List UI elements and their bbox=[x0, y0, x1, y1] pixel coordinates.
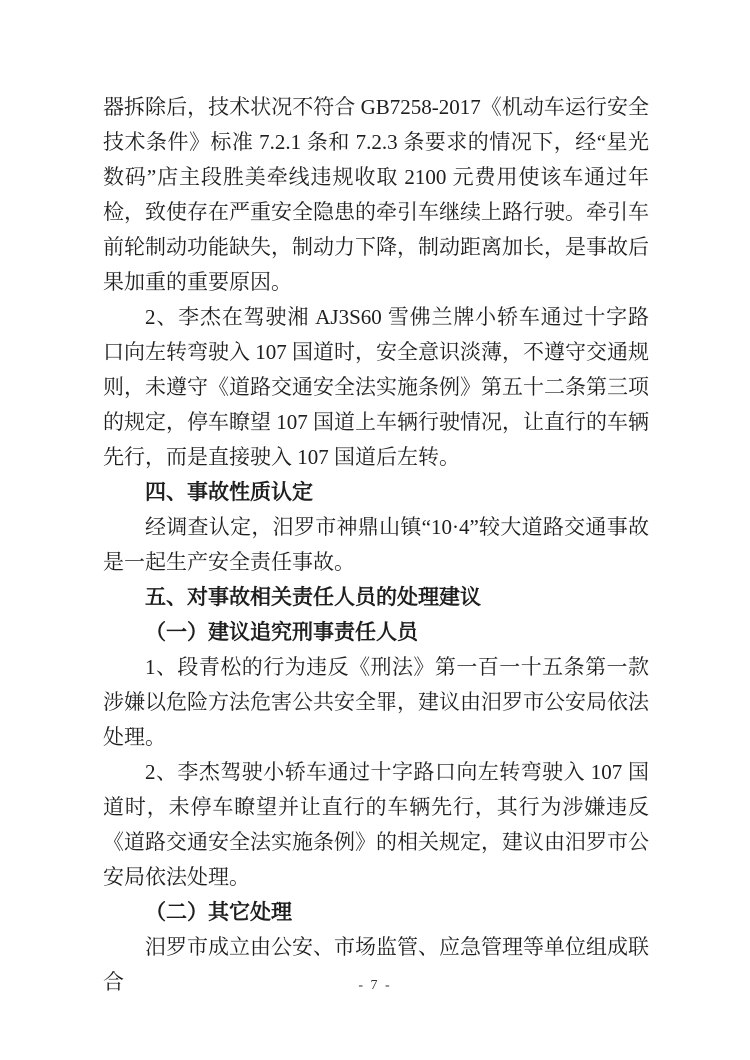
paragraph-criminal-liability-1: 1、段青松的行为违反《刑法》第一百一十五条第一款涉嫌以危险方法危害公共安全罪，建… bbox=[103, 650, 649, 755]
document-body: 器拆除后，技术状况不符合 GB7258-2017《机动车运行安全技术条件》标准 … bbox=[103, 90, 649, 1000]
paragraph-accident-nature: 经调查认定，汨罗市神鼎山镇“10·4”较大道路交通事故是一起生产安全责任事故。 bbox=[103, 510, 649, 580]
section-heading-handling-suggestions: 五、对事故相关责任人员的处理建议 bbox=[103, 580, 649, 615]
page-number: - 7 - bbox=[0, 976, 750, 996]
paragraph-continuation: 器拆除后，技术状况不符合 GB7258-2017《机动车运行安全技术条件》标准 … bbox=[103, 90, 649, 300]
subsection-heading-criminal-liability: （一）建议追究刑事责任人员 bbox=[103, 615, 649, 650]
section-heading-accident-nature: 四、事故性质认定 bbox=[103, 475, 649, 510]
paragraph-criminal-liability-2: 2、李杰驾驶小轿车通过十字路口向左转弯驶入 107 国道时，未停车瞭望并让直行的… bbox=[103, 755, 649, 895]
document-page: 器拆除后，技术状况不符合 GB7258-2017《机动车运行安全技术条件》标准 … bbox=[0, 0, 750, 1060]
subsection-heading-other-handling: （二）其它处理 bbox=[103, 895, 649, 930]
paragraph-cause-driver: 2、李杰在驾驶湘 AJ3S60 雪佛兰牌小轿车通过十字路口向左转弯驶入 107 … bbox=[103, 300, 649, 475]
